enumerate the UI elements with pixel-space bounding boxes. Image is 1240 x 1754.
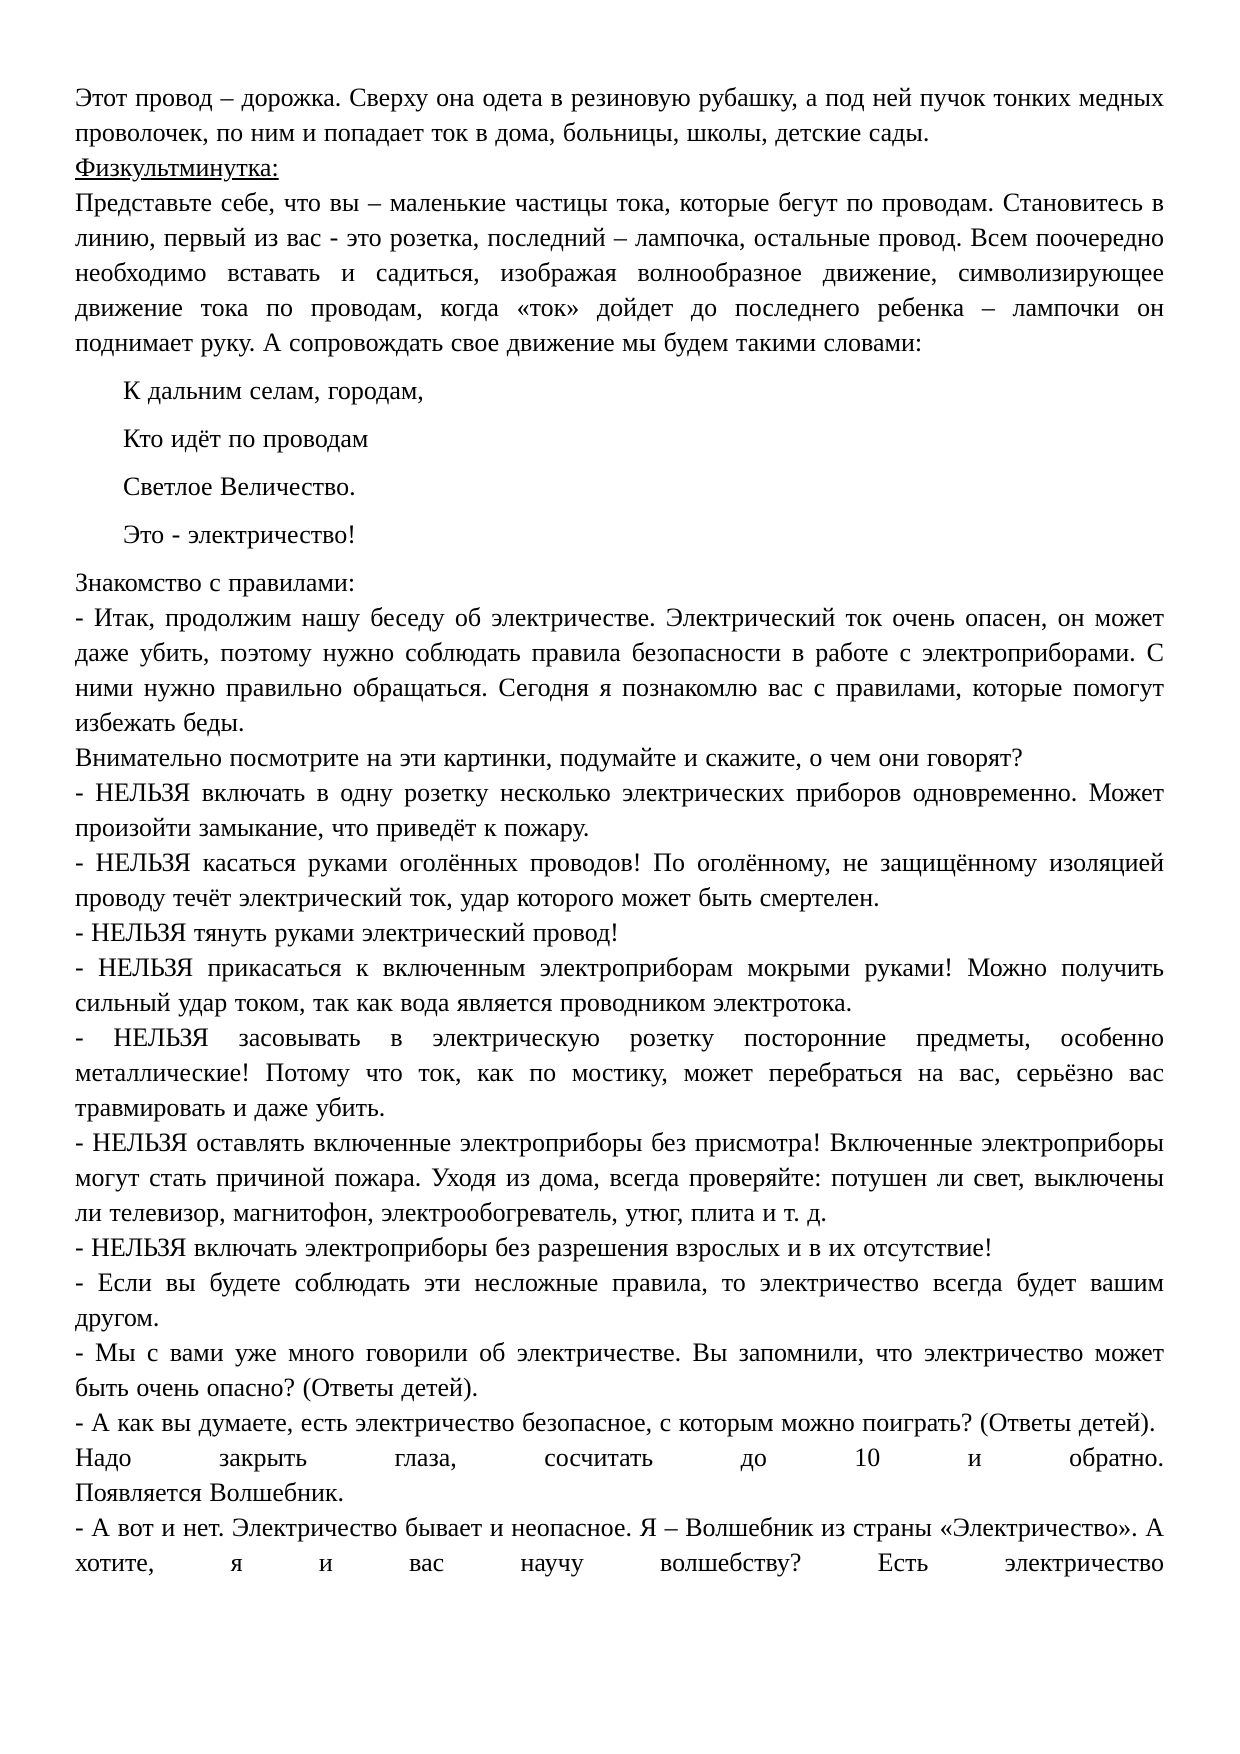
wire-path-paragraph: Этот провод – дорожка. Сверху она одета …	[75, 80, 1164, 150]
rule-pull-wire: - НЕЛЬЗЯ тянуть руками электрический про…	[75, 915, 1164, 950]
rule-unattended: - НЕЛЬЗЯ оставлять включенные электропри…	[75, 1125, 1164, 1230]
rule-multiple-devices: - НЕЛЬЗЯ включать в одну розетку несколь…	[75, 775, 1164, 845]
rule-bare-wires: - НЕЛЬЗЯ касаться руками оголённых прово…	[75, 845, 1164, 915]
question-dangerous: - Мы с вами уже много говорили об электр…	[75, 1335, 1164, 1405]
rule-adult-permission: - НЕЛЬЗЯ включать электроприборы без раз…	[75, 1230, 1164, 1265]
rule-foreign-objects: - НЕЛЬЗЯ засовывать в электрическую розе…	[75, 1020, 1164, 1125]
verse-line-4: Это - электричество!	[75, 517, 1164, 552]
physical-exercise-instructions: Представьте себе, что вы – маленькие час…	[75, 185, 1164, 360]
rules-intro-heading: Знакомство с правилами:	[75, 565, 1164, 600]
verse-line-1: К дальним селам, городам,	[75, 373, 1164, 408]
rule-wet-hands: - НЕЛЬЗЯ прикасаться к включенным электр…	[75, 950, 1164, 1020]
wizard-speech: - А вот и нет. Электричество бывает и не…	[75, 1510, 1164, 1580]
rules-conclusion: - Если вы будете соблюдать эти несложные…	[75, 1265, 1164, 1335]
question-safe-play: - А как вы думаете, есть электричество б…	[75, 1405, 1164, 1440]
pictures-question: Внимательно посмотрите на эти картинки, …	[75, 740, 1164, 775]
rules-introduction: - Итак, продолжим нашу беседу об электри…	[75, 600, 1164, 740]
wizard-appears: Появляется Волшебник.	[75, 1475, 1164, 1510]
verse-line-2: Кто идёт по проводам	[75, 421, 1164, 456]
physical-exercise-heading: Физкультминутка:	[75, 150, 1164, 185]
document-page: Этот провод – дорожка. Сверху она одета …	[0, 0, 1240, 1754]
verse-line-3: Светлое Величество.	[75, 469, 1164, 504]
close-eyes-line: Надо закрыть глаза, сосчитать до 10 и об…	[75, 1440, 1164, 1475]
